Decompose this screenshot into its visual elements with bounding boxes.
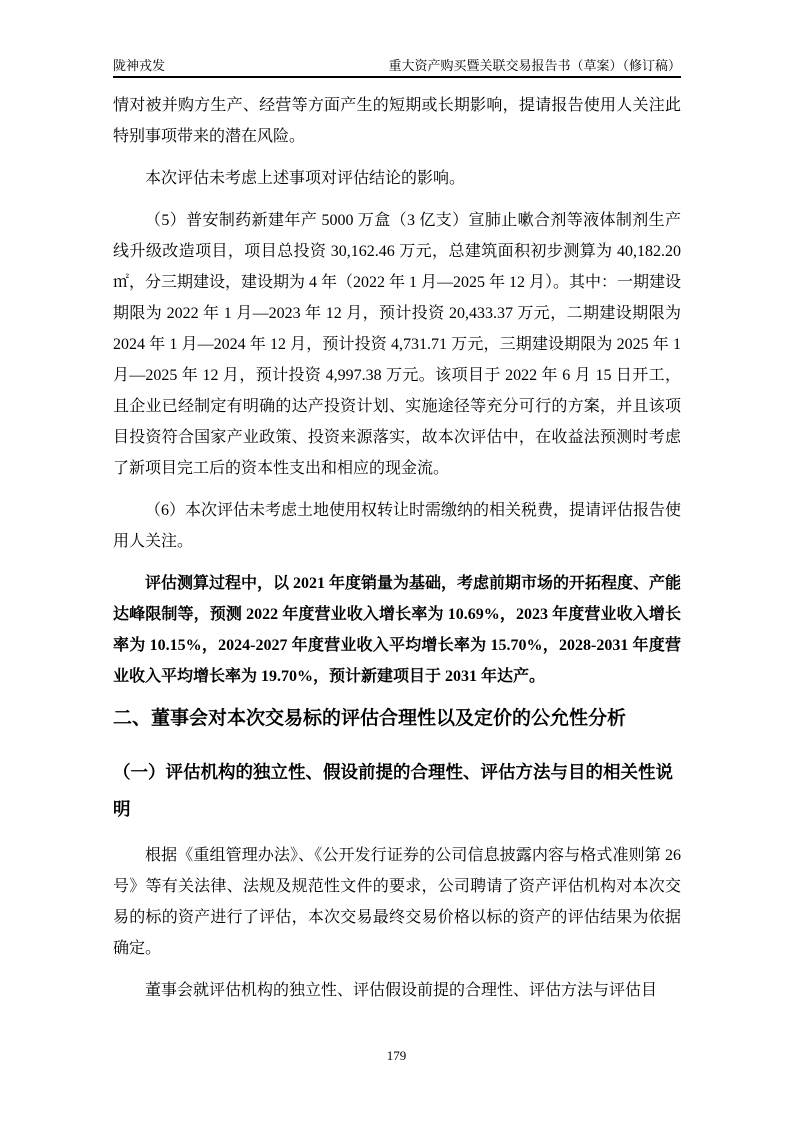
subsection-heading-appraiser-independence: （一）评估机构的独立性、假设前提的合理性、评估方法与目的相关性说明: [113, 754, 681, 828]
paragraph-revenue-forecast: 评估测算过程中，以 2021 年度销量为基础，考虑前期市场的开拓程度、产能达峰限…: [113, 568, 681, 692]
paragraph-board-statement: 董事会就评估机构的独立性、评估假设前提的合理性、评估方法与评估目: [113, 975, 681, 1006]
document-content: 情对被并购方生产、经营等方面产生的短期或长期影响，提请报告使用人关注此特别事项带…: [113, 78, 681, 1006]
paragraph-carryover-risk: 情对被并购方生产、经营等方面产生的短期或长期影响，提请报告使用人关注此特别事项带…: [113, 90, 681, 152]
paragraph-legal-basis: 根据《重组管理办法》、《公开发行证券的公司信息披露内容与格式准则第 26 号》等…: [113, 840, 681, 964]
page-number: 179: [387, 1048, 407, 1063]
section-heading-board-analysis: 二、董事会对本次交易标的评估合理性以及定价的公允性分析: [113, 706, 681, 732]
page-footer: 179: [0, 1047, 793, 1064]
document-page: 陇神戎发 重大资产购买暨关联交易报告书（草案）（修订稿） 情对被并购方生产、经营…: [0, 0, 793, 1122]
page-header: 陇神戎发 重大资产购买暨关联交易报告书（草案）（修订稿）: [113, 57, 681, 78]
paragraph-evaluation-note: 本次评估未考虑上述事项对评估结论的影响。: [113, 163, 681, 194]
header-document-title: 重大资产购买暨关联交易报告书（草案）（修订稿）: [388, 57, 681, 74]
paragraph-item6-taxes: （6）本次评估未考虑土地使用权转让时需缴纳的相关税费，提请评估报告使用人关注。: [113, 495, 681, 557]
header-company-name: 陇神戎发: [113, 57, 165, 74]
paragraph-item5-project: （5）普安制药新建年产 5000 万盒（3 亿支）宣肺止嗽合剂等液体制剂生产线升…: [113, 205, 681, 484]
